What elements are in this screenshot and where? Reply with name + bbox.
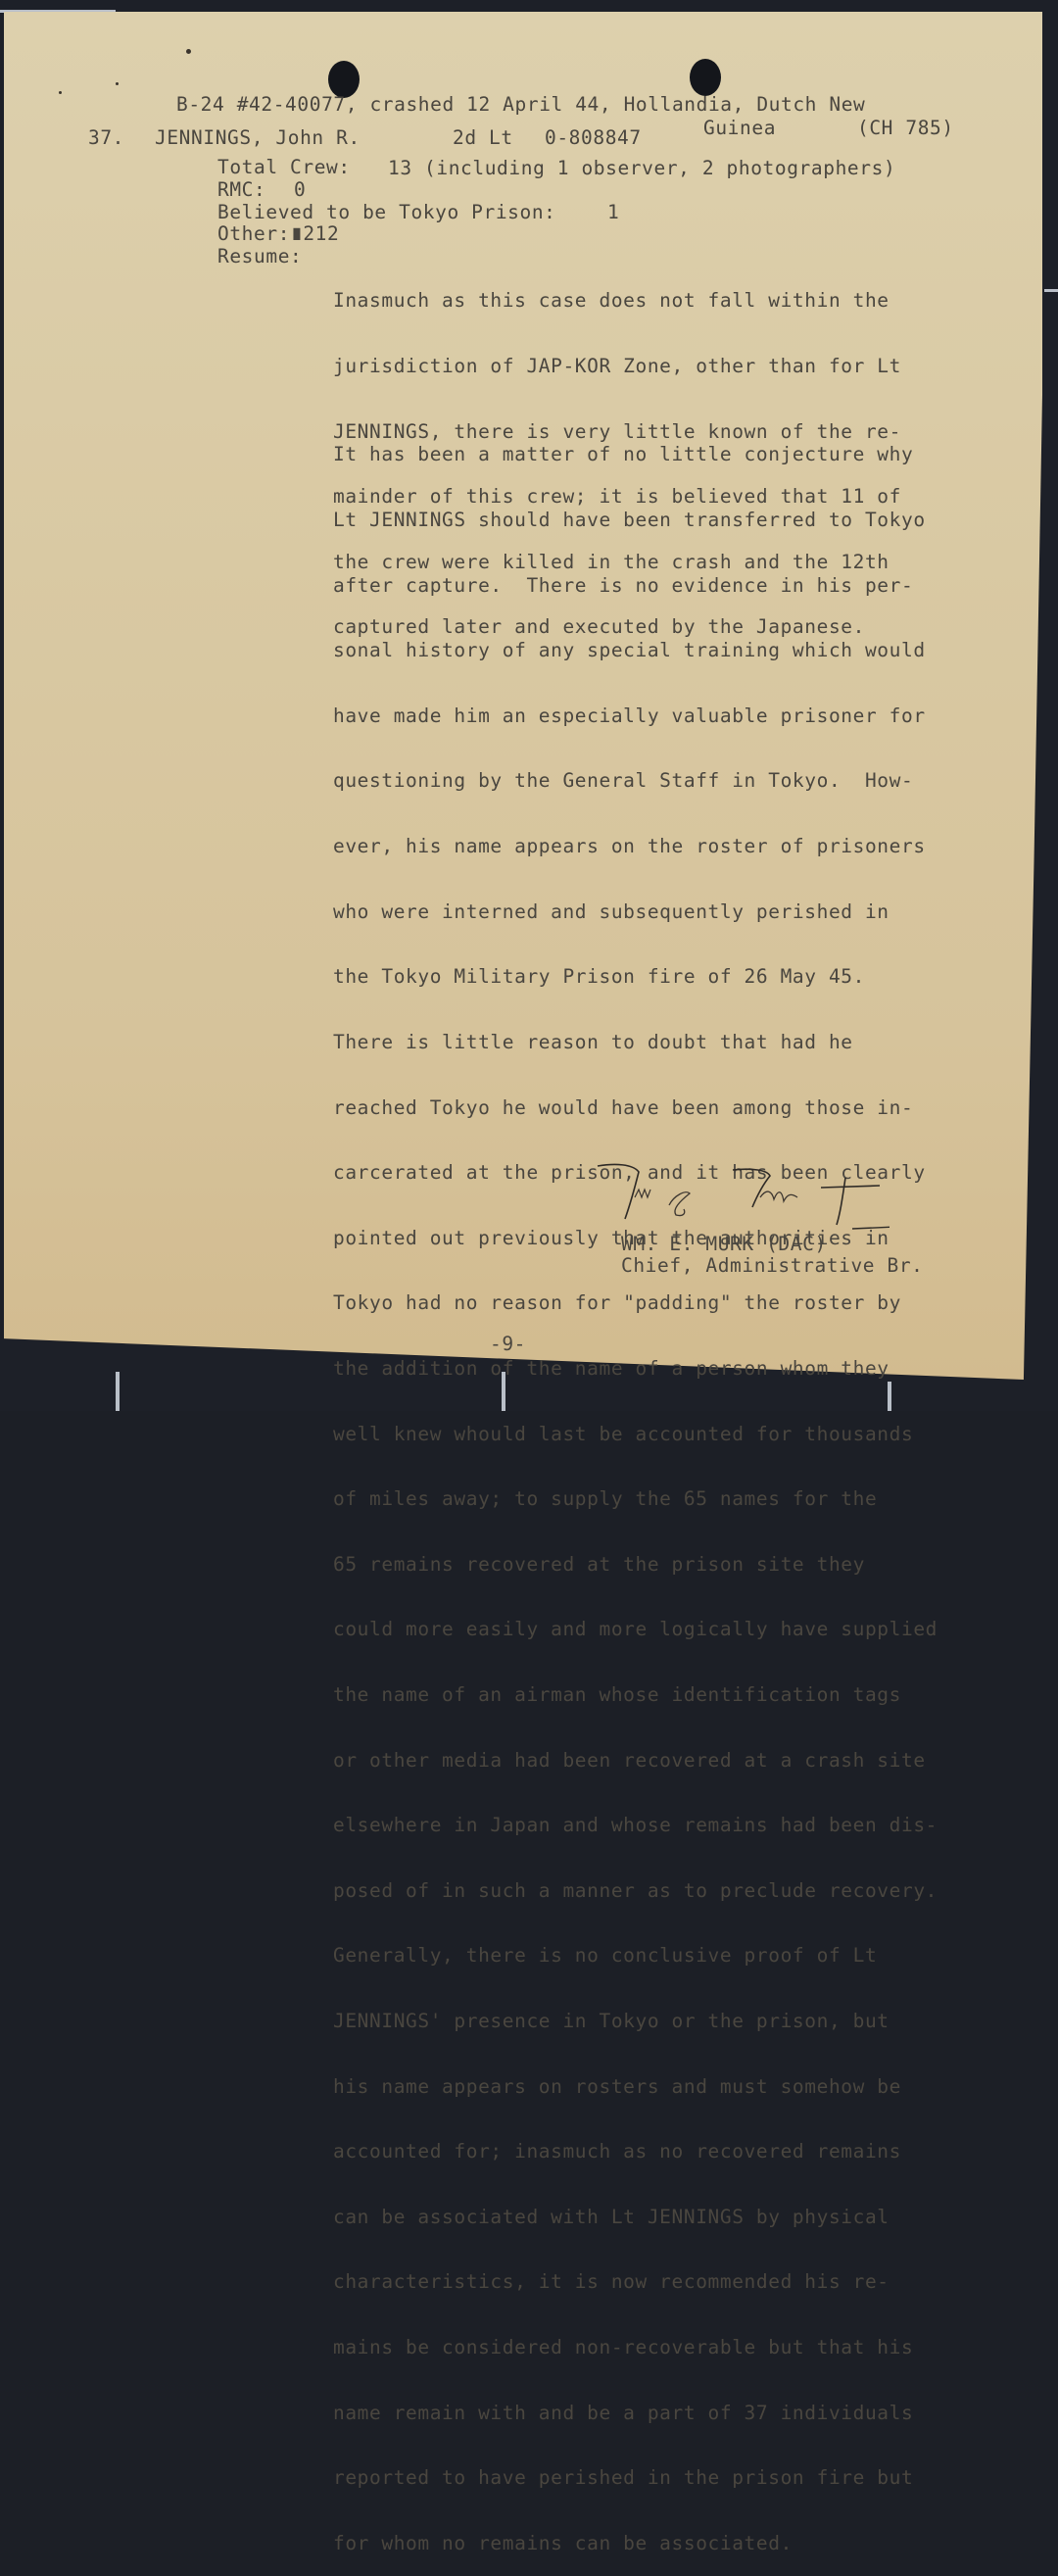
entry-rank: 2d Lt	[453, 127, 513, 149]
aircraft-crash-line: B-24 #42-40077, crashed 12 April 44, Hol…	[176, 94, 865, 116]
total-crew-value: 13 (including 1 observer, 2 photographer…	[388, 158, 895, 179]
resume-label: Resume:	[217, 246, 302, 267]
entry-serial: 0-808847	[545, 127, 642, 149]
page-number: -9-	[490, 1334, 526, 1355]
text-line: reached Tokyo he would have been among t…	[333, 1097, 938, 1119]
rmc-value: 0	[294, 179, 306, 201]
signatory-name: WM. E. MURK (DAC)	[621, 1234, 827, 1255]
other-value: ∎212	[291, 223, 339, 245]
tile-grout-line	[1044, 289, 1058, 292]
tokyo-prison-label: Believed to be Tokyo Prison:	[217, 202, 556, 223]
signatory-title: Chief, Administrative Br.	[621, 1255, 924, 1277]
tokyo-prison-value: 1	[607, 202, 619, 223]
text-line: the addition of the name of a person who…	[333, 1358, 938, 1380]
ink-speck	[116, 82, 119, 85]
text-line: questioning by the General Staff in Toky…	[333, 770, 938, 792]
text-line: sonal history of any special training wh…	[333, 640, 938, 661]
text-line: There is little reason to doubt that had…	[333, 1032, 938, 1053]
text-line: after capture. There is no evidence in h…	[333, 575, 938, 597]
entry-name: JENNINGS, John R.	[155, 127, 361, 149]
total-crew-label: Total Crew:	[217, 157, 351, 178]
text-line: jurisdiction of JAP-KOR Zone, other than…	[333, 356, 901, 377]
text-line: have made him an especially valuable pri…	[333, 705, 938, 727]
text-line: Inasmuch as this case does not fall with…	[333, 290, 901, 312]
other-label: Other:	[217, 223, 290, 245]
text-line: ever, his name appears on the roster of …	[333, 836, 938, 857]
ink-speck	[59, 91, 62, 94]
tile-grout-line	[116, 1372, 120, 1411]
ink-speck	[186, 49, 191, 54]
text-line: the Tokyo Military Prison fire of 26 May…	[333, 966, 938, 988]
location-continued: Guinea	[703, 118, 776, 139]
text-line: who were interned and subsequently peris…	[333, 901, 938, 923]
entry-number: 37.	[88, 127, 124, 149]
rmc-label: RMC:	[217, 179, 265, 201]
text-line: Tokyo had no reason for "padding" the ro…	[333, 1292, 938, 1314]
case-reference: (CH 785)	[857, 118, 954, 139]
text-line: It has been a matter of no little conjec…	[333, 444, 938, 465]
punch-hole-right	[690, 59, 721, 96]
text-line: Lt JENNINGS should have been transferred…	[333, 510, 938, 531]
